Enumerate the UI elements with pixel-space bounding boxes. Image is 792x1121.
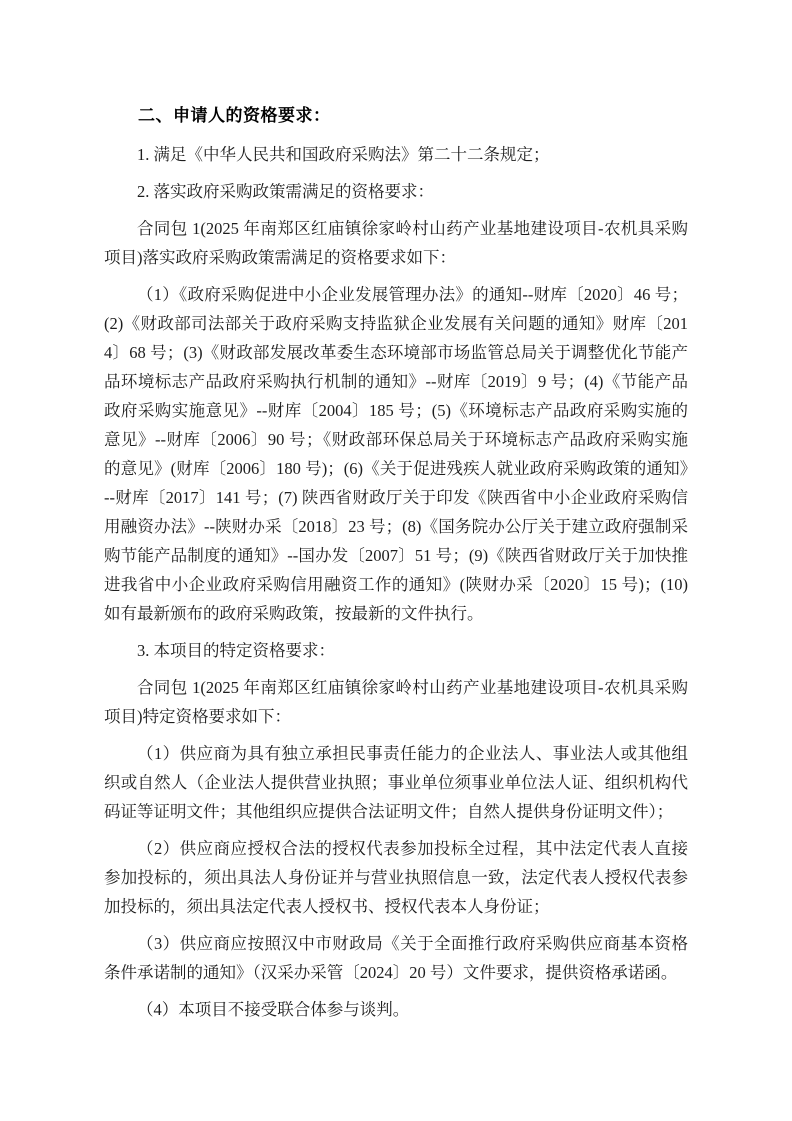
paragraph-specific-item-2: （2）供应商应授权合法的授权代表参加投标全过程，其中法定代表人直接参加投标的，须…: [104, 834, 688, 921]
paragraph-contract-package-specific: 合同包 1(2025 年南郑区红庙镇徐家岭村山药产业基地建设项目-农机具采购项目…: [104, 673, 688, 731]
paragraph-specific-item-4: （4）本项目不接受联合体参与谈判。: [104, 995, 688, 1024]
section-heading: 二、申请人的资格要求：: [104, 101, 688, 130]
document-content: 二、申请人的资格要求： 1. 满足《中华人民共和国政府采购法》第二十二条规定； …: [104, 101, 688, 1024]
paragraph-contract-package-policy: 合同包 1(2025 年南郑区红庙镇徐家岭村山药产业基地建设项目-农机具采购项目…: [104, 214, 688, 272]
paragraph-requirement-3: 3. 本项目的特定资格要求：: [104, 636, 688, 665]
paragraph-policy-document-list: （1）《政府采购促进中小企业发展管理办法》的通知--财库〔2020〕46 号；(…: [104, 280, 688, 628]
paragraph-requirement-2: 2. 落实政府采购政策需满足的资格要求：: [104, 177, 688, 206]
paragraph-requirement-1: 1. 满足《中华人民共和国政府采购法》第二十二条规定；: [104, 140, 688, 169]
paragraph-specific-item-3: （3）供应商应按照汉中市财政局《关于全面推行政府采购供应商基本资格条件承诺制的通…: [104, 929, 688, 987]
paragraph-specific-item-1: （1）供应商为具有独立承担民事责任能力的企业法人、事业法人或其他组织或自然人（企…: [104, 739, 688, 826]
document-page: 二、申请人的资格要求： 1. 满足《中华人民共和国政府采购法》第二十二条规定； …: [0, 0, 792, 1121]
